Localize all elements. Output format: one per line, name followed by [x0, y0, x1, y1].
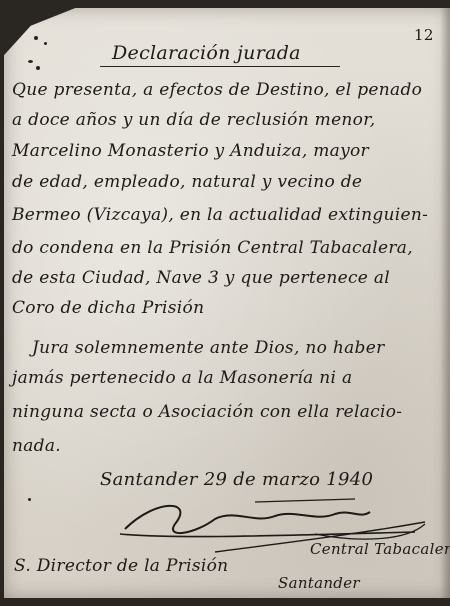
body-line-11: ninguna secta o Asociación con ella rela…: [12, 402, 402, 422]
body-line-2: a doce años y un día de reclusión menor,: [12, 110, 375, 130]
body-line-8: Coro de dicha Prisión: [12, 298, 204, 318]
ink-speck: [44, 42, 47, 45]
body-line-12: nada.: [12, 436, 61, 456]
paper-edge-shadow: [440, 8, 450, 598]
ink-speck: [34, 36, 38, 40]
body-line-3: Marcelino Monasterio y Anduiza, mayor: [12, 141, 369, 161]
body-line-9: Jura solemnemente ante Dios, no haber: [32, 338, 385, 358]
body-line-10: jamás pertenecido a la Masonería ni a: [12, 368, 352, 388]
addressee-line-1: S. Director de la Prisión: [14, 556, 228, 576]
addressee-line-3: Santander: [278, 574, 360, 592]
body-line-1: Que presenta, a efectos de Destino, el p…: [12, 80, 422, 100]
background-strip: [0, 598, 450, 606]
body-line-4: de edad, empleado, natural y vecino de: [12, 172, 362, 192]
body-line-7: de esta Ciudad, Nave 3 y que pertenece a…: [12, 268, 390, 288]
ink-speck: [28, 498, 31, 501]
addressee-line-2: Central Tabacalera: [310, 540, 450, 558]
document-title: Declaración jurada: [112, 42, 301, 64]
place-date: Santander 29 de marzo 1940: [100, 469, 373, 490]
ink-speck: [36, 66, 40, 70]
title-underline: [100, 66, 340, 67]
body-line-6: do condena en la Prisión Central Tabacal…: [12, 238, 413, 258]
page-number: 12: [414, 26, 434, 44]
ink-speck: [28, 60, 33, 63]
body-line-5: Bermeo (Vizcaya), en la actualidad extin…: [12, 205, 428, 225]
